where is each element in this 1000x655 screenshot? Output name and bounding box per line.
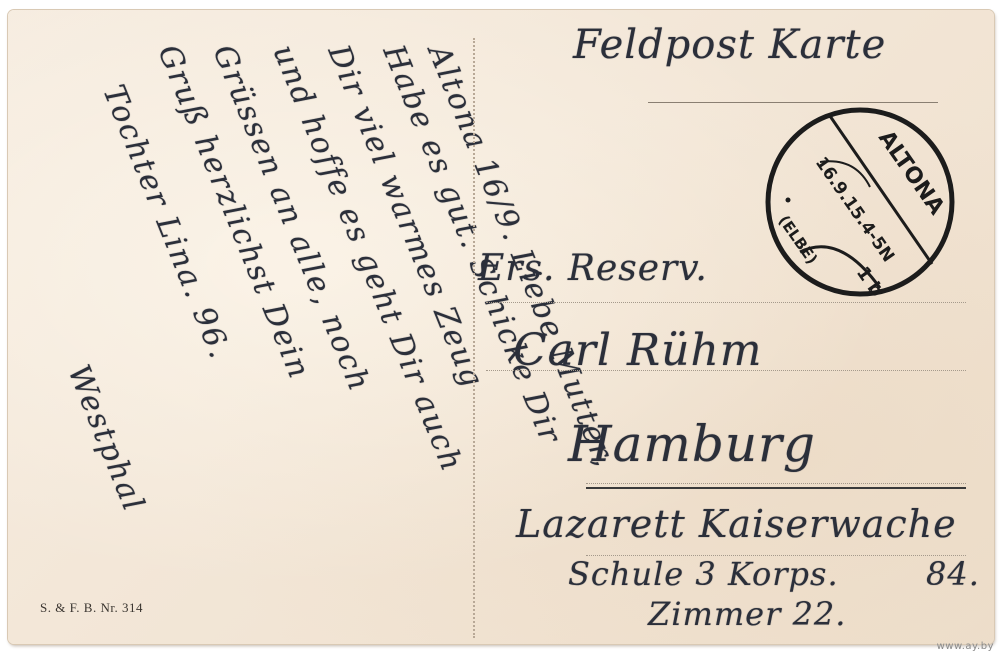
address-room: Zimmer 22. <box>648 595 846 633</box>
address-city: Hamburg <box>568 415 816 473</box>
header-handwritten: Feldpost Karte <box>573 22 886 68</box>
address-hospital: Lazarett Kaiserwache <box>516 502 957 546</box>
center-divider <box>473 38 475 638</box>
address-school: Schule 3 Korps. <box>568 555 839 593</box>
address-name: Carl Rühm <box>513 325 763 376</box>
postmark-date: 16.9.15.4-5N <box>811 153 898 266</box>
address-number: 84. <box>926 555 980 593</box>
address-guide-line <box>486 302 966 303</box>
postcard: Altona 16/9. Liebe Mutter, Habe es gut. … <box>8 10 994 644</box>
postmark-region: (ELBE) <box>775 212 821 268</box>
postmark-stamp: ALTONA 16.9.15.4-5N (ELBE) 1 b <box>760 102 960 302</box>
watermark: www.ay.by <box>937 641 994 652</box>
address-guide-line <box>586 483 966 489</box>
message-line: Westphal <box>61 360 152 517</box>
publisher-imprint: S. & F. B. Nr. 314 <box>40 600 143 616</box>
address-rank: Ers. Reserv. <box>478 248 708 289</box>
handwritten-message: Altona 16/9. Liebe Mutter, Habe es gut. … <box>33 30 473 620</box>
postmark-city: ALTONA <box>873 126 949 219</box>
